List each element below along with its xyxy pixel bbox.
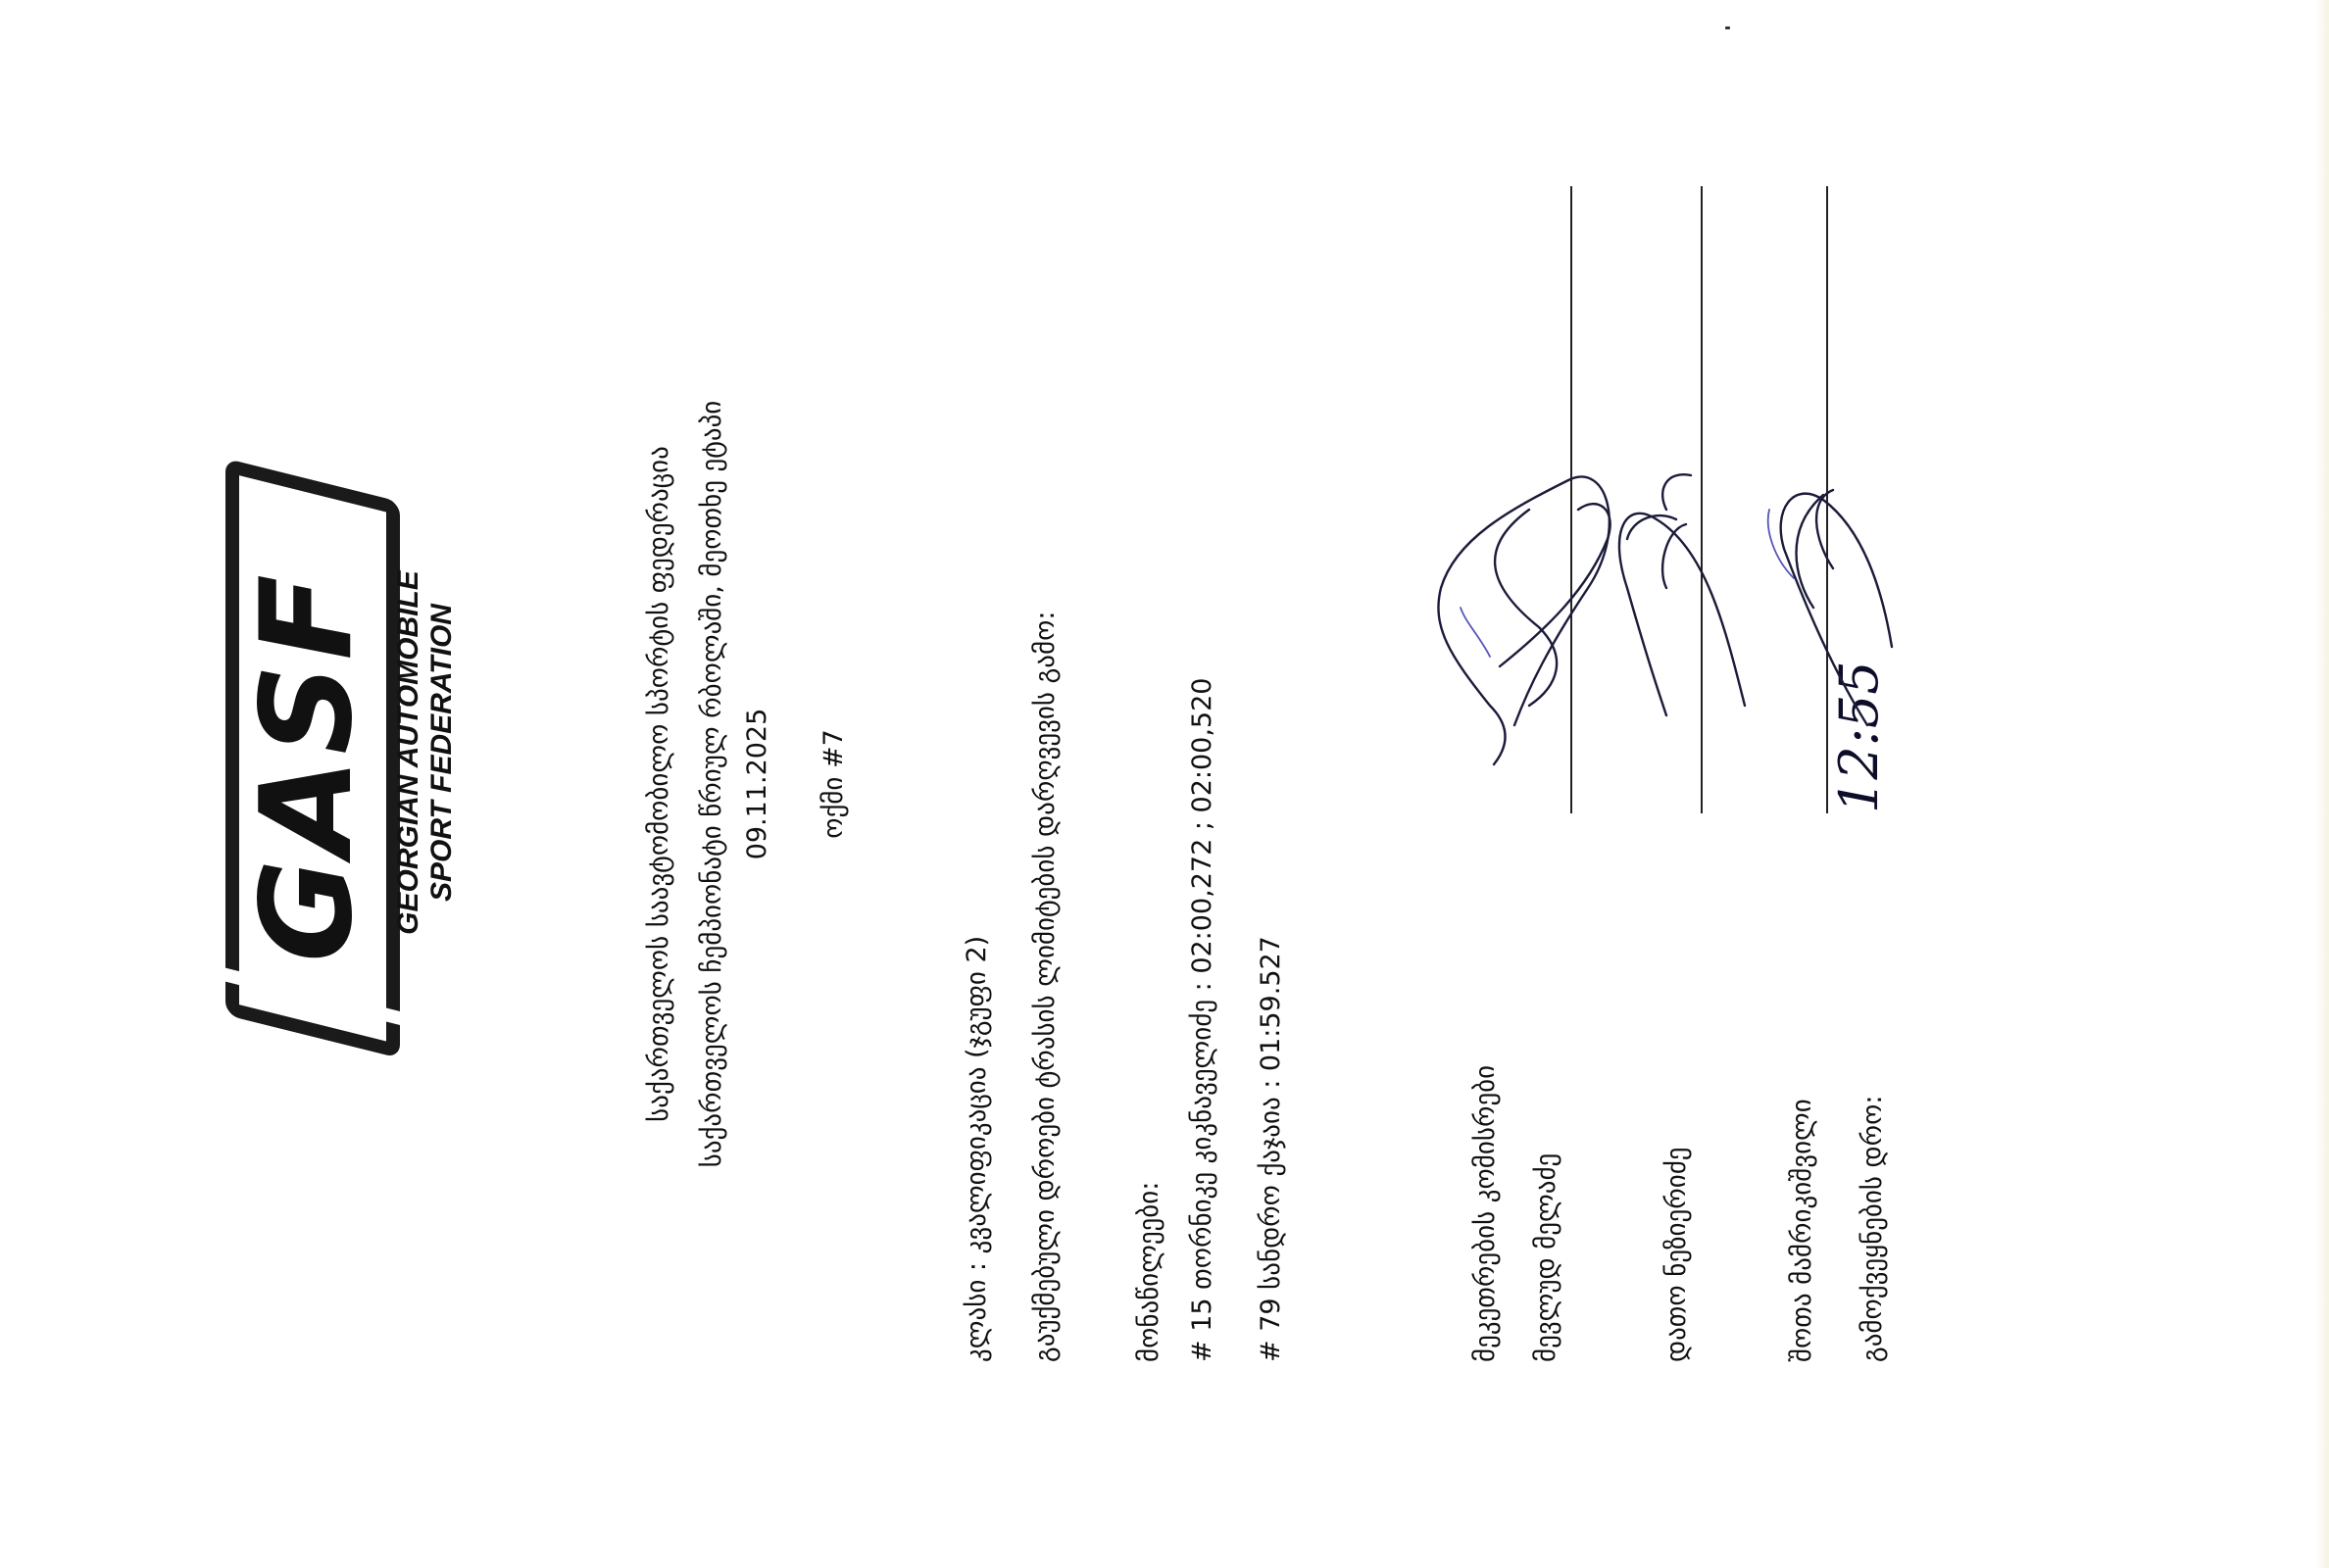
participants-label: მონაწილეები: [1128, 612, 1171, 1362]
document-date: 09.11.2025 [735, 0, 780, 1568]
publication-time-value: 12:55 [1828, 661, 1890, 813]
document-header: საქართველოს საავტომობილო სპორტის ფედერაც… [637, 0, 780, 1568]
document-page: GASF GEORGIAN AUTOMOBILE SPORT FEDERATIO… [0, 0, 2329, 1568]
federation-name: საქართველოს საავტომობილო სპორტის ფედერაც… [637, 0, 682, 1568]
decision-number: ოქმი #7 [818, 0, 849, 1568]
scan-speck [1725, 26, 1730, 29]
commissioners-title: მეკეთრების კომისრები [1470, 1065, 1501, 1362]
signature-row: შოთა მამრიკიშვილი [1787, 88, 1830, 1362]
signer-name: მევლუდ მელაძე [1531, 1153, 1561, 1362]
logo-caption: GEORGIAN AUTOMOBILE SPORT FEDERATION [392, 478, 459, 1027]
class-line: კლასი : კვალიფიკაცია (ჯგუფი 2) [956, 612, 999, 1362]
scan-edge-shadow [2315, 0, 2329, 1568]
document-body: კლასი : კვალიფიკაცია (ჯგუფი 2) გაუქმებულ… [956, 612, 1318, 1362]
signature-1 [1438, 477, 1609, 764]
publication-time-label: გამოქვეყნების დრო: [1858, 1096, 1888, 1362]
reason-line: გაუქმებული დროები ტრასის ლიმიტების დარღვ… [1024, 612, 1067, 1362]
championship-title: საქართველოს ჩემპიონატი წრიულ რბოლაში, მე… [690, 0, 735, 1568]
logo-caption-line2: SPORT FEDERATION [425, 478, 459, 1027]
gasf-logo: GASF GEORGIAN AUTOMOBILE SPORT FEDERATIO… [225, 490, 471, 1058]
participant-entry: # 15 თორნიკე კიკნაველიძე : 02:00,272 ; 0… [1181, 612, 1224, 1362]
signature-row: დათო ნეზიერიძე [1661, 88, 1705, 1362]
signer-name: დათო ნეზიერიძე [1661, 1147, 1692, 1362]
commissioners-title-row: მეკეთრების კომისრები [1470, 88, 1513, 1362]
participant-entry: # 79 სანდრო ქაჯაია : 01:59.527 [1250, 612, 1293, 1362]
signature-row: მევლუდ მელაძე [1531, 88, 1574, 1362]
signer-name: შოთა მამრიკიშვილი [1787, 1099, 1817, 1362]
signature-line [1701, 186, 1703, 813]
logo-caption-line1: GEORGIAN AUTOMOBILE [392, 478, 425, 1027]
publication-time-row: გამოქვეყნების დრო: 12:55 [1858, 88, 1901, 1362]
logo-mark: GASF [239, 521, 376, 1011]
signature-line [1570, 186, 1572, 813]
